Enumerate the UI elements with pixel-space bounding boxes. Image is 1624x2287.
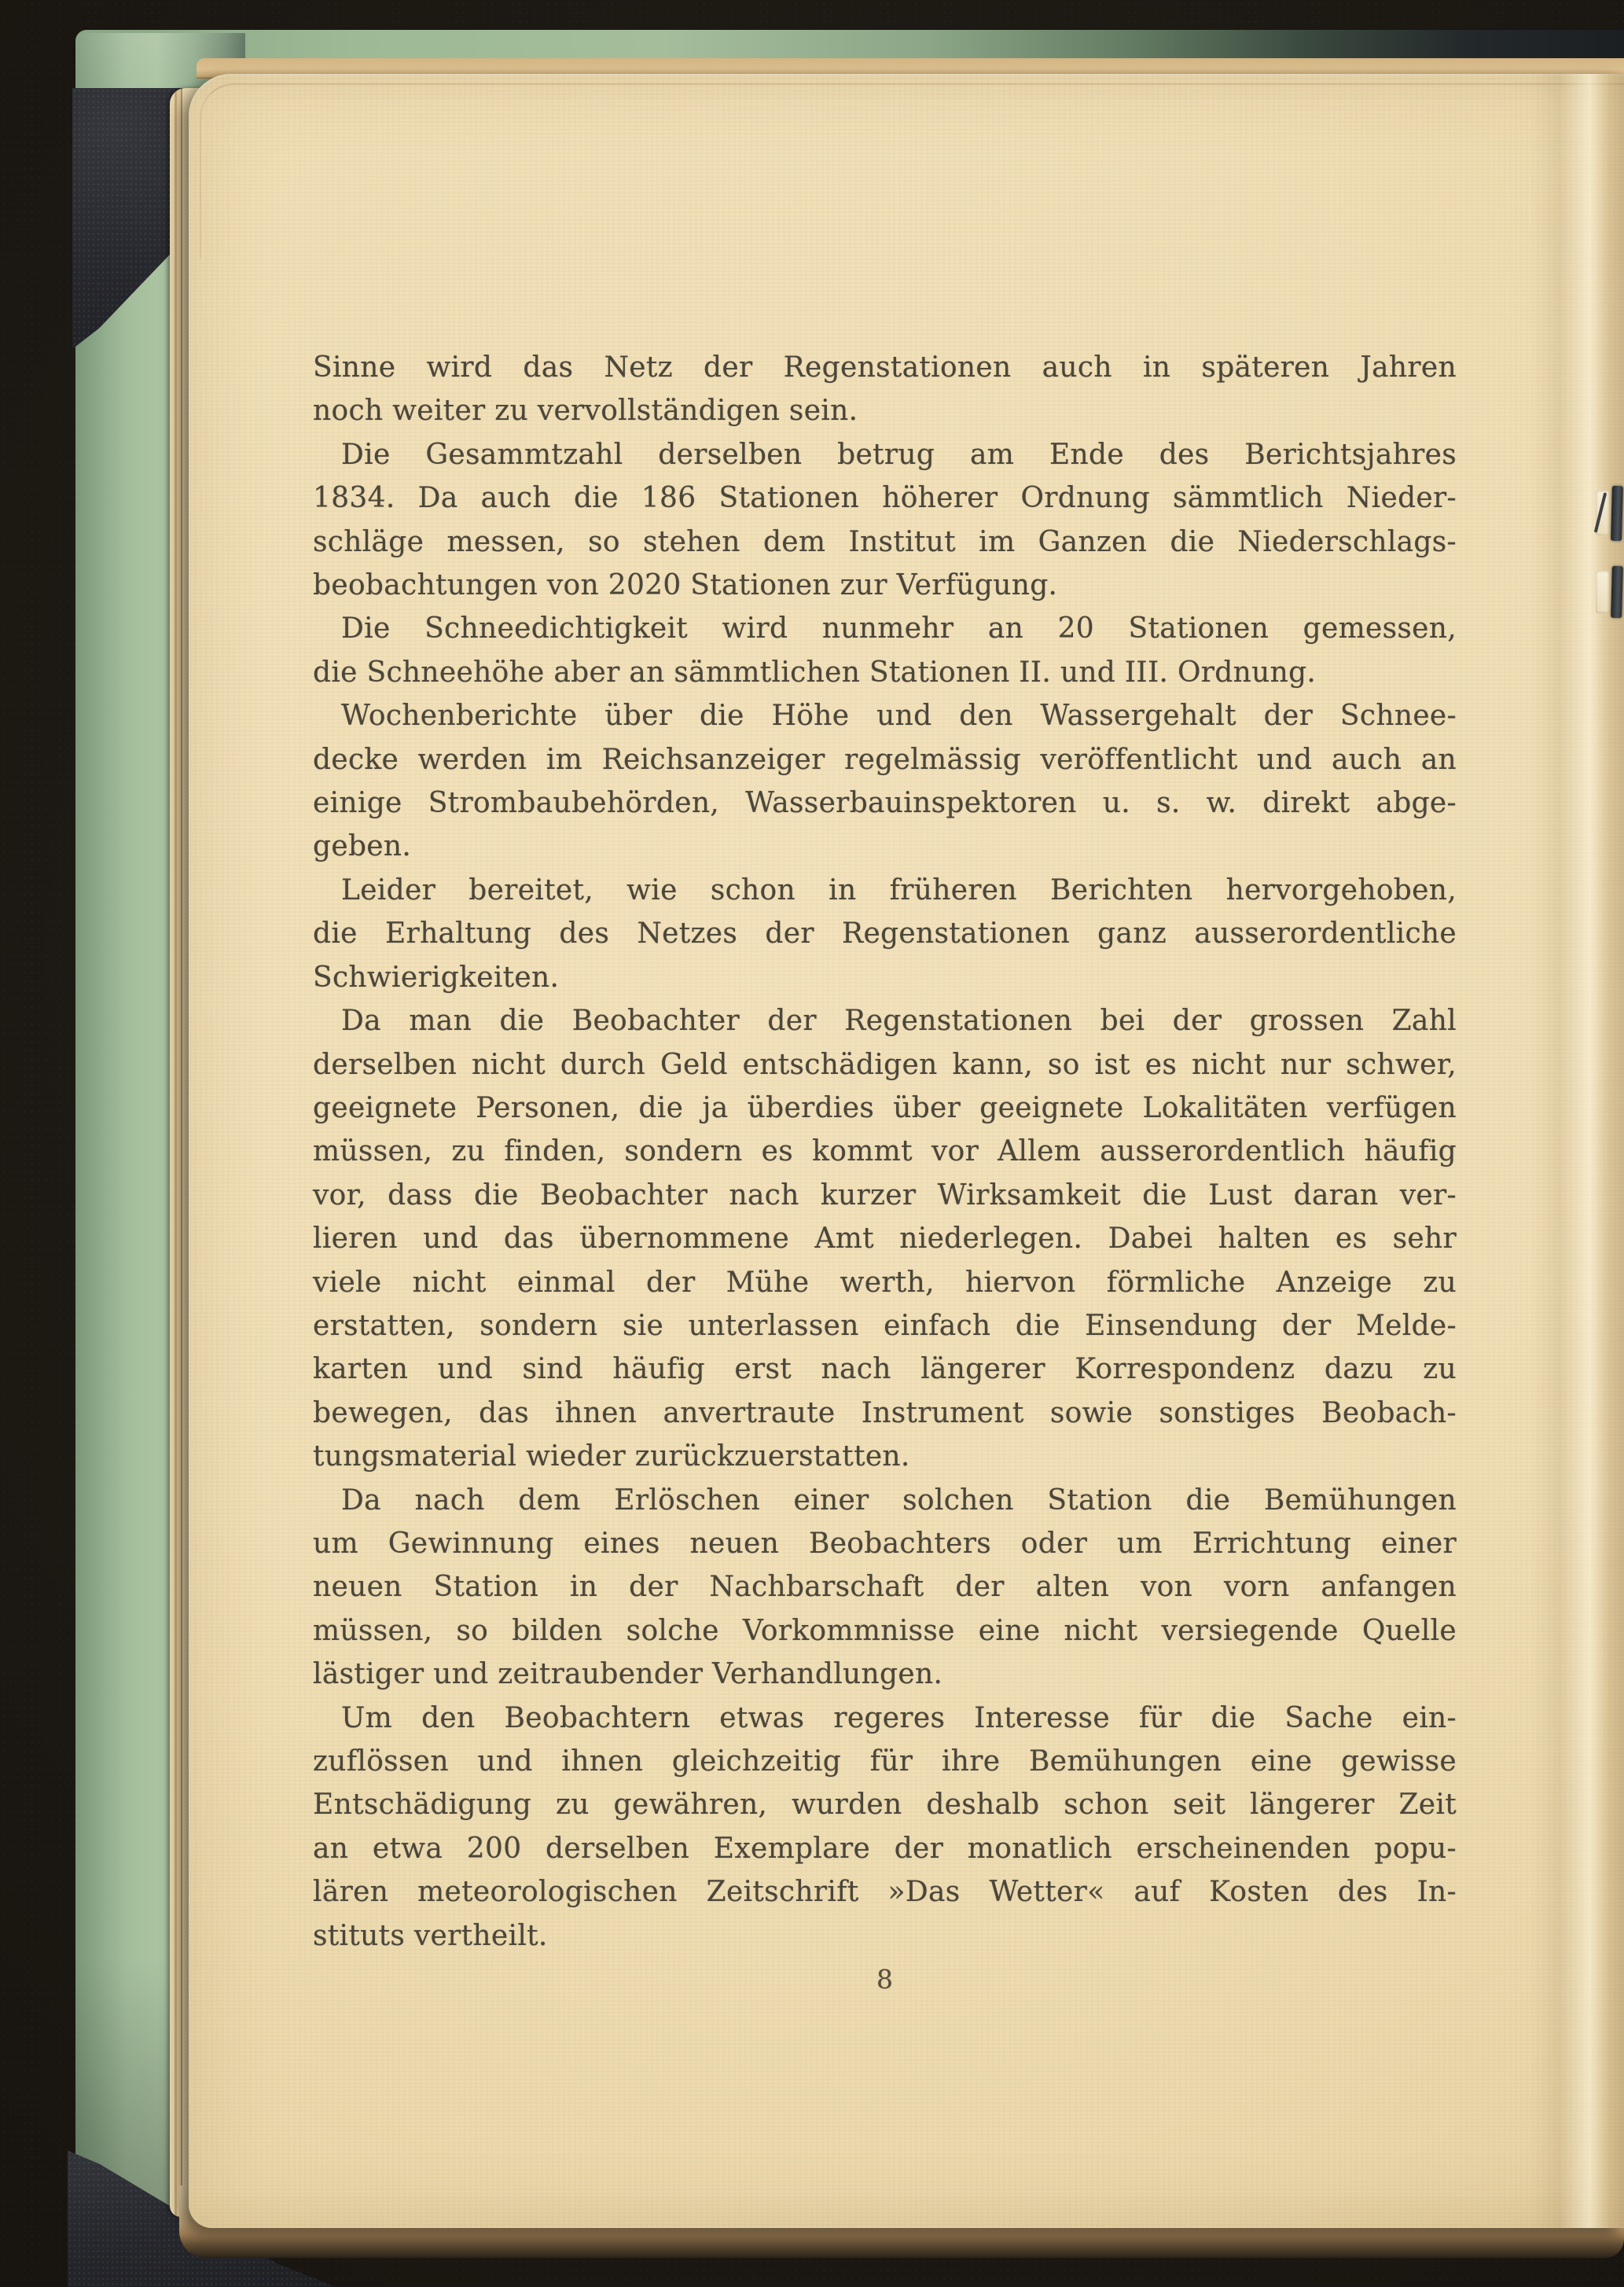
text-line: Sinne wird das Netz der Regenstationen a… (313, 346, 1457, 389)
text-line: stituts vertheilt. (313, 1914, 1457, 1958)
text-line: karten und sind häufig erst nach längere… (313, 1348, 1457, 1391)
book-page: Sinne wird das Netz der Regenstationen a… (189, 74, 1624, 2228)
text-line: um Gewinnung eines neuen Beobachters ode… (313, 1522, 1457, 1565)
paragraph: Leider bereitet, wie schon in früheren B… (313, 869, 1457, 999)
text-line: schläge messen, so stehen dem Institut i… (313, 520, 1457, 564)
text-line: Da nach dem Erlöschen einer solchen Stat… (313, 1479, 1457, 1522)
text-line: an etwa 200 derselben Exemplare der mona… (313, 1827, 1457, 1870)
text-line: müssen, zu finden, sondern es kommt vor … (313, 1130, 1457, 1173)
paragraph: Die Gesammtzahl derselben betrug am Ende… (313, 433, 1457, 608)
text-line: geben. (313, 825, 1457, 868)
paragraph: Sinne wird das Netz der Regenstationen a… (313, 346, 1457, 433)
stitch-thread (1611, 486, 1623, 541)
text-line: viele nicht einmal der Mühe werth, hierv… (313, 1261, 1457, 1304)
paragraph: Die Schneedichtigkeit wird nunmehr an 20… (313, 607, 1457, 694)
text-line: erstatten, sondern sie unterlassen einfa… (313, 1304, 1457, 1348)
text-line: bewegen, das ihnen anvertraute Instrumen… (313, 1392, 1457, 1435)
text-line: decke werden im Reichsanzeiger regelmäss… (313, 738, 1457, 781)
text-line: Leider bereitet, wie schon in früheren B… (313, 869, 1457, 912)
text-line: neuen Station in der Nachbarschaft der a… (313, 1565, 1457, 1609)
text-line: die Schneehöhe aber an sämmtlichen Stati… (313, 651, 1457, 694)
text-line: zuflössen und ihnen gleichzeitig für ihr… (313, 1740, 1457, 1783)
text-line: 1834. Da auch die 186 Stationen höherer … (313, 476, 1457, 520)
paragraph: Da nach dem Erlöschen einer solchen Stat… (313, 1479, 1457, 1697)
text-line: Wochenberichte über die Höhe und den Was… (313, 694, 1457, 737)
text-line: Um den Beobachtern etwas regeres Interes… (313, 1697, 1457, 1740)
stitch-mark (1596, 486, 1622, 541)
text-line: vor, dass die Beobachter nach kurzer Wir… (313, 1174, 1457, 1217)
underlying-page-edge-line (200, 83, 1624, 258)
text-line: lästiger und zeitraubender Verhandlungen… (313, 1653, 1457, 1696)
text-line: tungsmaterial wieder zurückzuerstatten. (313, 1435, 1457, 1478)
text-line: derselben nicht durch Geld entschädigen … (313, 1043, 1457, 1087)
text-line: müssen, so bilden solche Vorkommnisse ei… (313, 1609, 1457, 1653)
text-line: Die Gesammtzahl derselben betrug am Ende… (313, 433, 1457, 476)
text-line: lieren und das übernommene Amt niederleg… (313, 1217, 1457, 1260)
page-text: Sinne wird das Netz der Regenstationen a… (313, 346, 1457, 1958)
paragraph: Da man die Beobachter der Regenstationen… (313, 999, 1457, 1478)
paragraph: Wochenberichte über die Höhe und den Was… (313, 694, 1457, 869)
paragraph: Um den Beobachtern etwas regeres Interes… (313, 1697, 1457, 1958)
text-line: die Erhaltung des Netzes der Regenstatio… (313, 912, 1457, 955)
text-line: Schwierigkeiten. (313, 956, 1457, 999)
book-scan: Sinne wird das Netz der Regenstationen a… (0, 0, 1624, 2287)
stitch-thread (1611, 566, 1623, 618)
text-line: lären meteorologischen Zeitschrift »Das … (313, 1870, 1457, 1914)
page-number: 8 (313, 1964, 1457, 1995)
text-line: Entschädigung zu gewähren, wurden deshal… (313, 1783, 1457, 1826)
text-line: einige Strombaubehörden, Wasserbauinspek… (313, 781, 1457, 825)
text-line: Da man die Beobachter der Regenstationen… (313, 999, 1457, 1042)
stitch-notch (1596, 571, 1609, 613)
stitch-mark (1596, 566, 1622, 618)
text-line: geeignete Personen, die ja überdies über… (313, 1087, 1457, 1130)
text-line: beobachtungen von 2020 Stationen zur Ver… (313, 564, 1457, 607)
text-line: noch weiter zu vervollständigen sein. (313, 389, 1457, 432)
text-line: Die Schneedichtigkeit wird nunmehr an 20… (313, 607, 1457, 650)
